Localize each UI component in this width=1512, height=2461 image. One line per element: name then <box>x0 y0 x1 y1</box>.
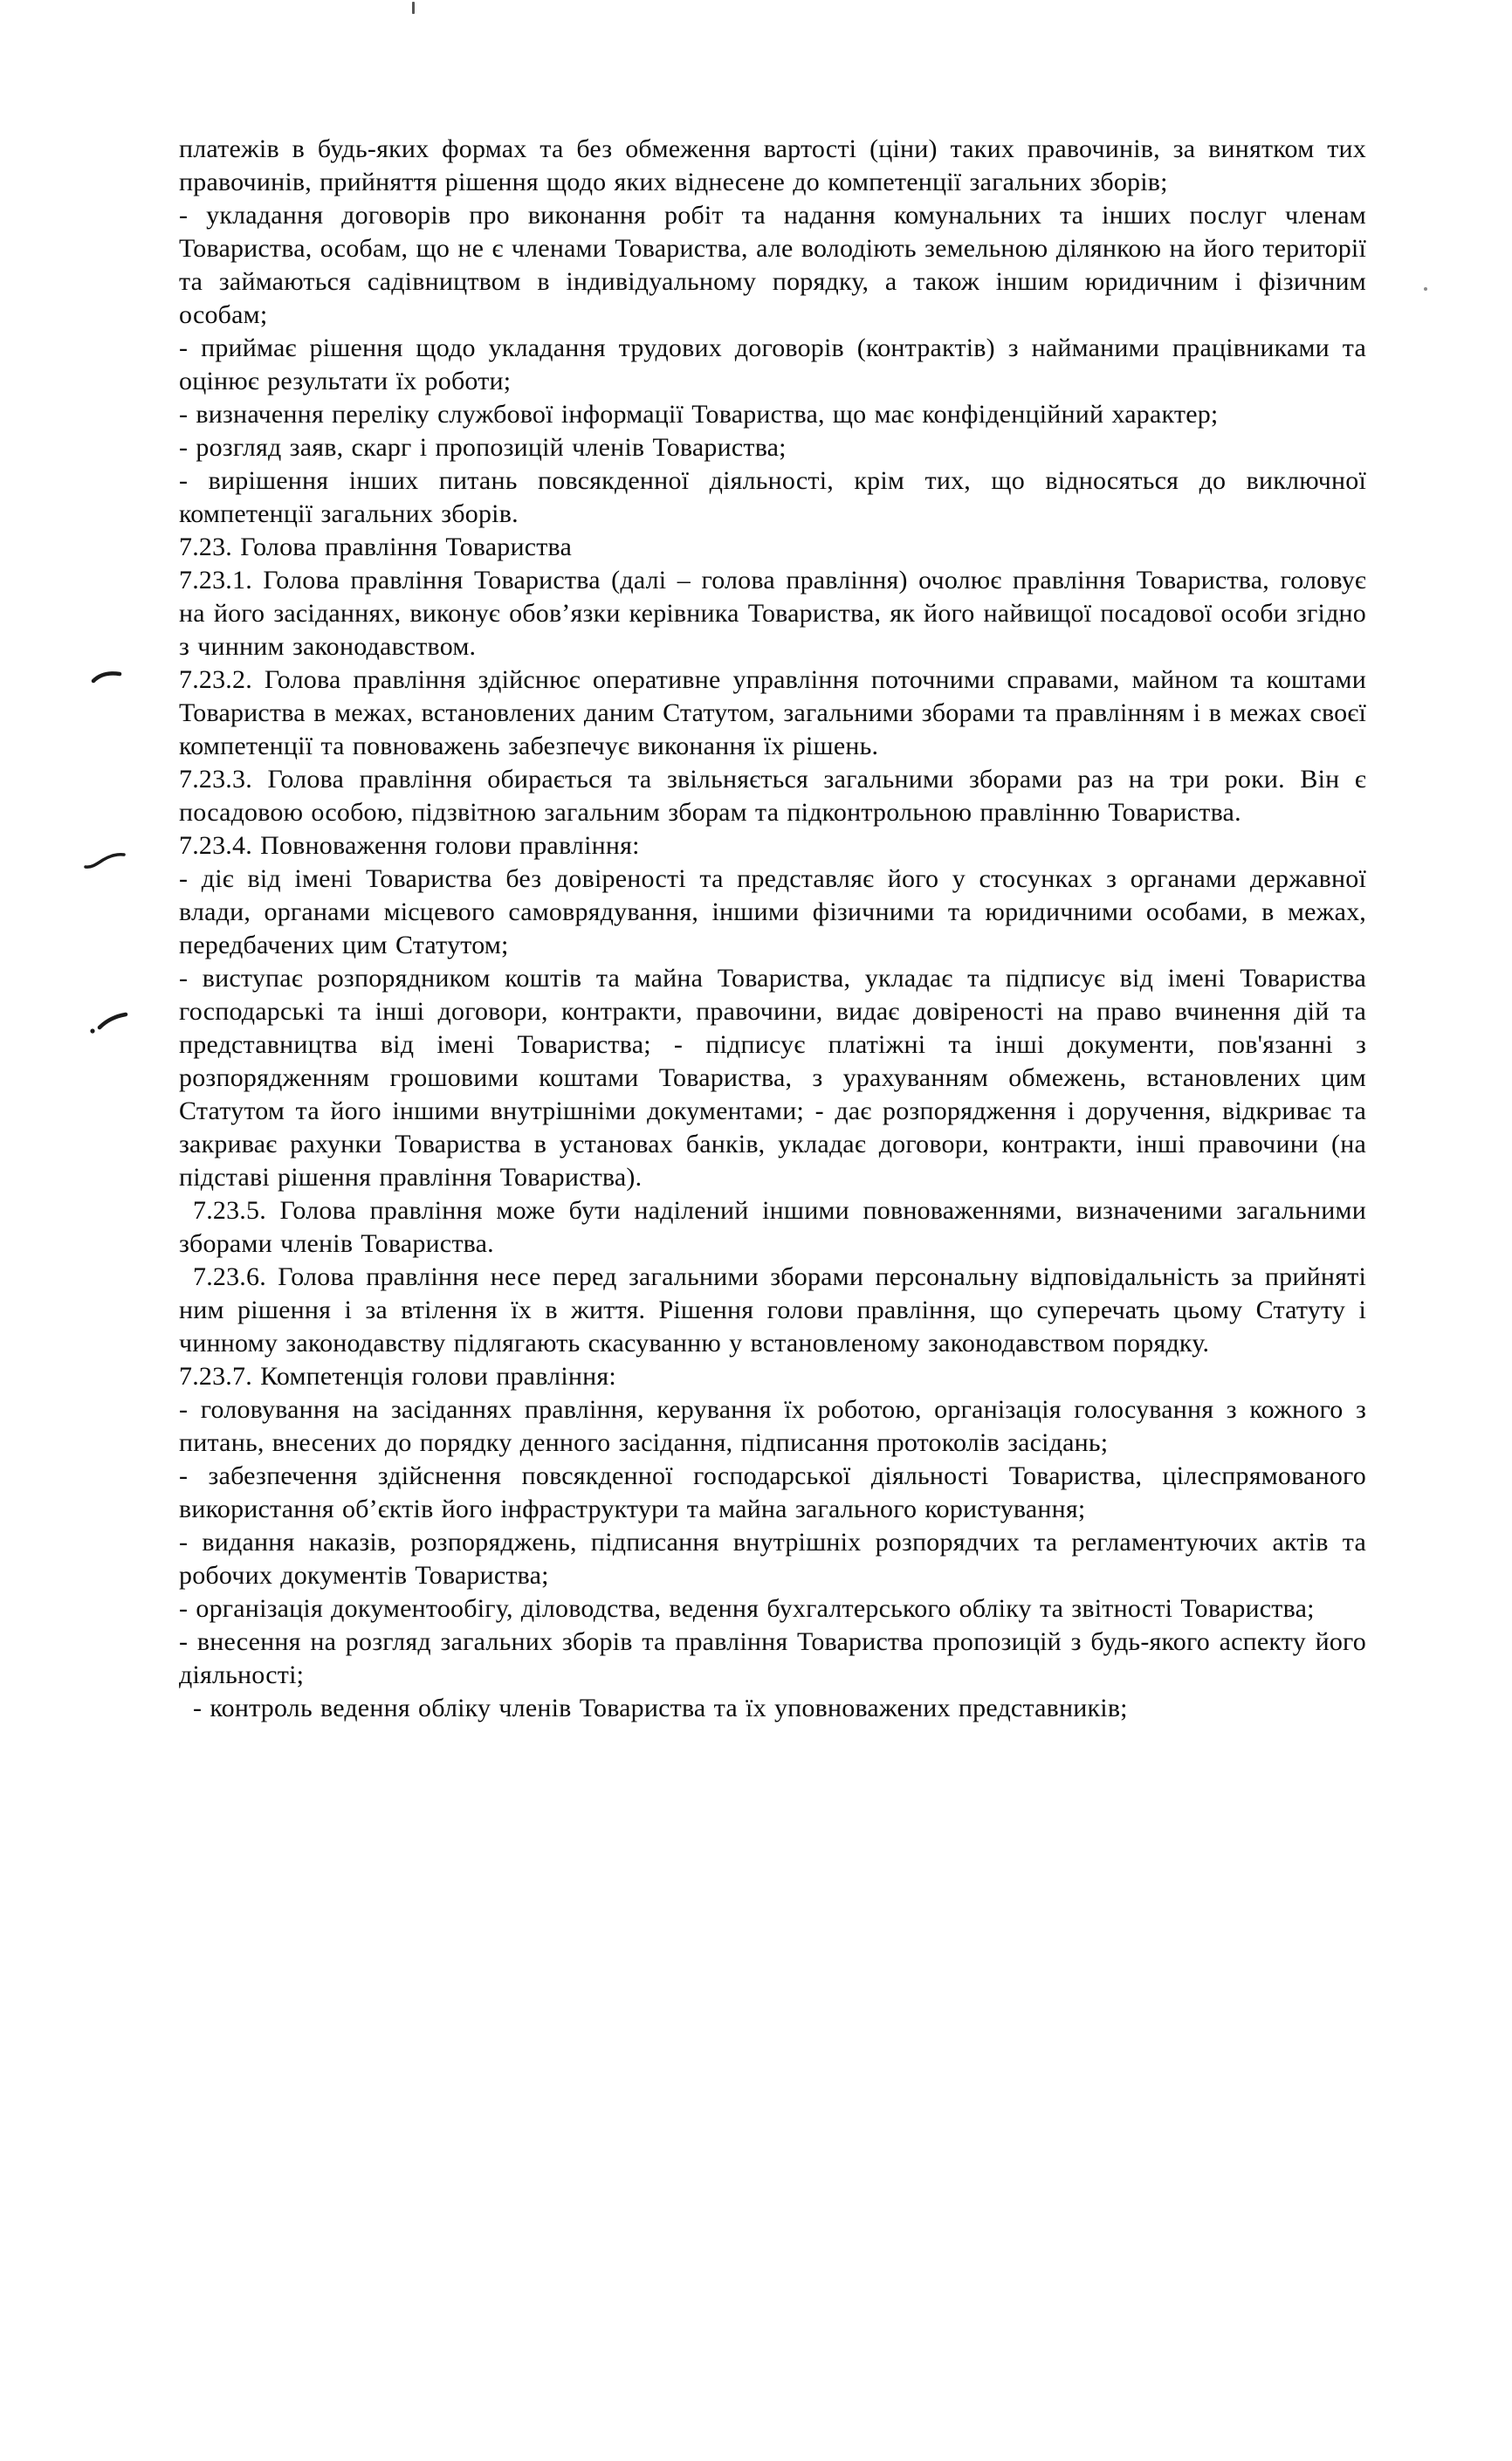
paragraph: - виступає розпорядником коштів та майна… <box>179 962 1366 1194</box>
pen-tick-mark <box>412 2 415 14</box>
paragraph: 7.23.7. Компетенція голови правління: <box>179 1360 1366 1393</box>
paragraph: - забезпечення здійснення повсякденної г… <box>179 1460 1366 1526</box>
paragraph: - організація документообігу, діловодств… <box>179 1592 1366 1626</box>
section-heading: 7.23. Голова правління Товариства <box>179 531 1366 564</box>
margin-pen-dash-icon <box>91 667 124 688</box>
paragraph: - укладання договорів про виконання робі… <box>179 199 1366 332</box>
paragraph: - приймає рішення щодо укладання трудови… <box>179 332 1366 398</box>
margin-pen-dash-with-dot-icon <box>87 1008 131 1038</box>
paragraph: платежів в будь-яких формах та без обмеж… <box>179 133 1366 199</box>
paragraph: - контроль ведення обліку членів Товарис… <box>179 1692 1366 1725</box>
paragraph: - вирішення інших питань повсякденної ді… <box>179 464 1366 531</box>
paragraph: - головування на засіданнях правління, к… <box>179 1393 1366 1460</box>
paragraph: 7.23.2. Голова правління здійснює операт… <box>179 663 1366 763</box>
scanned-document-page: платежів в будь-яких формах та без обмеж… <box>0 0 1512 2461</box>
paragraph: 7.23.4. Повноваження голови правління: <box>179 829 1366 863</box>
margin-pen-dash-icon <box>84 851 127 872</box>
paragraph: 7.23.1. Голова правління Товариства (дал… <box>179 564 1366 663</box>
paragraph: 7.23.3. Голова правління обирається та з… <box>179 763 1366 829</box>
paragraph: - діє від імені Товариства без довіренос… <box>179 863 1366 962</box>
paragraph: - видання наказів, розпоряджень, підписа… <box>179 1526 1366 1592</box>
paragraph: 7.23.5. Голова правління може бути наділ… <box>179 1194 1366 1261</box>
paragraph: - визначення переліку службової інформац… <box>179 398 1366 431</box>
ink-speck <box>1424 287 1427 291</box>
paragraph: 7.23.6. Голова правління несе перед зага… <box>179 1261 1366 1360</box>
document-text-block: платежів в будь-яких формах та без обмеж… <box>179 133 1366 1725</box>
paragraph: - розгляд заяв, скарг і пропозицій члені… <box>179 431 1366 464</box>
paragraph: - внесення на розгляд загальних зборів т… <box>179 1626 1366 1692</box>
